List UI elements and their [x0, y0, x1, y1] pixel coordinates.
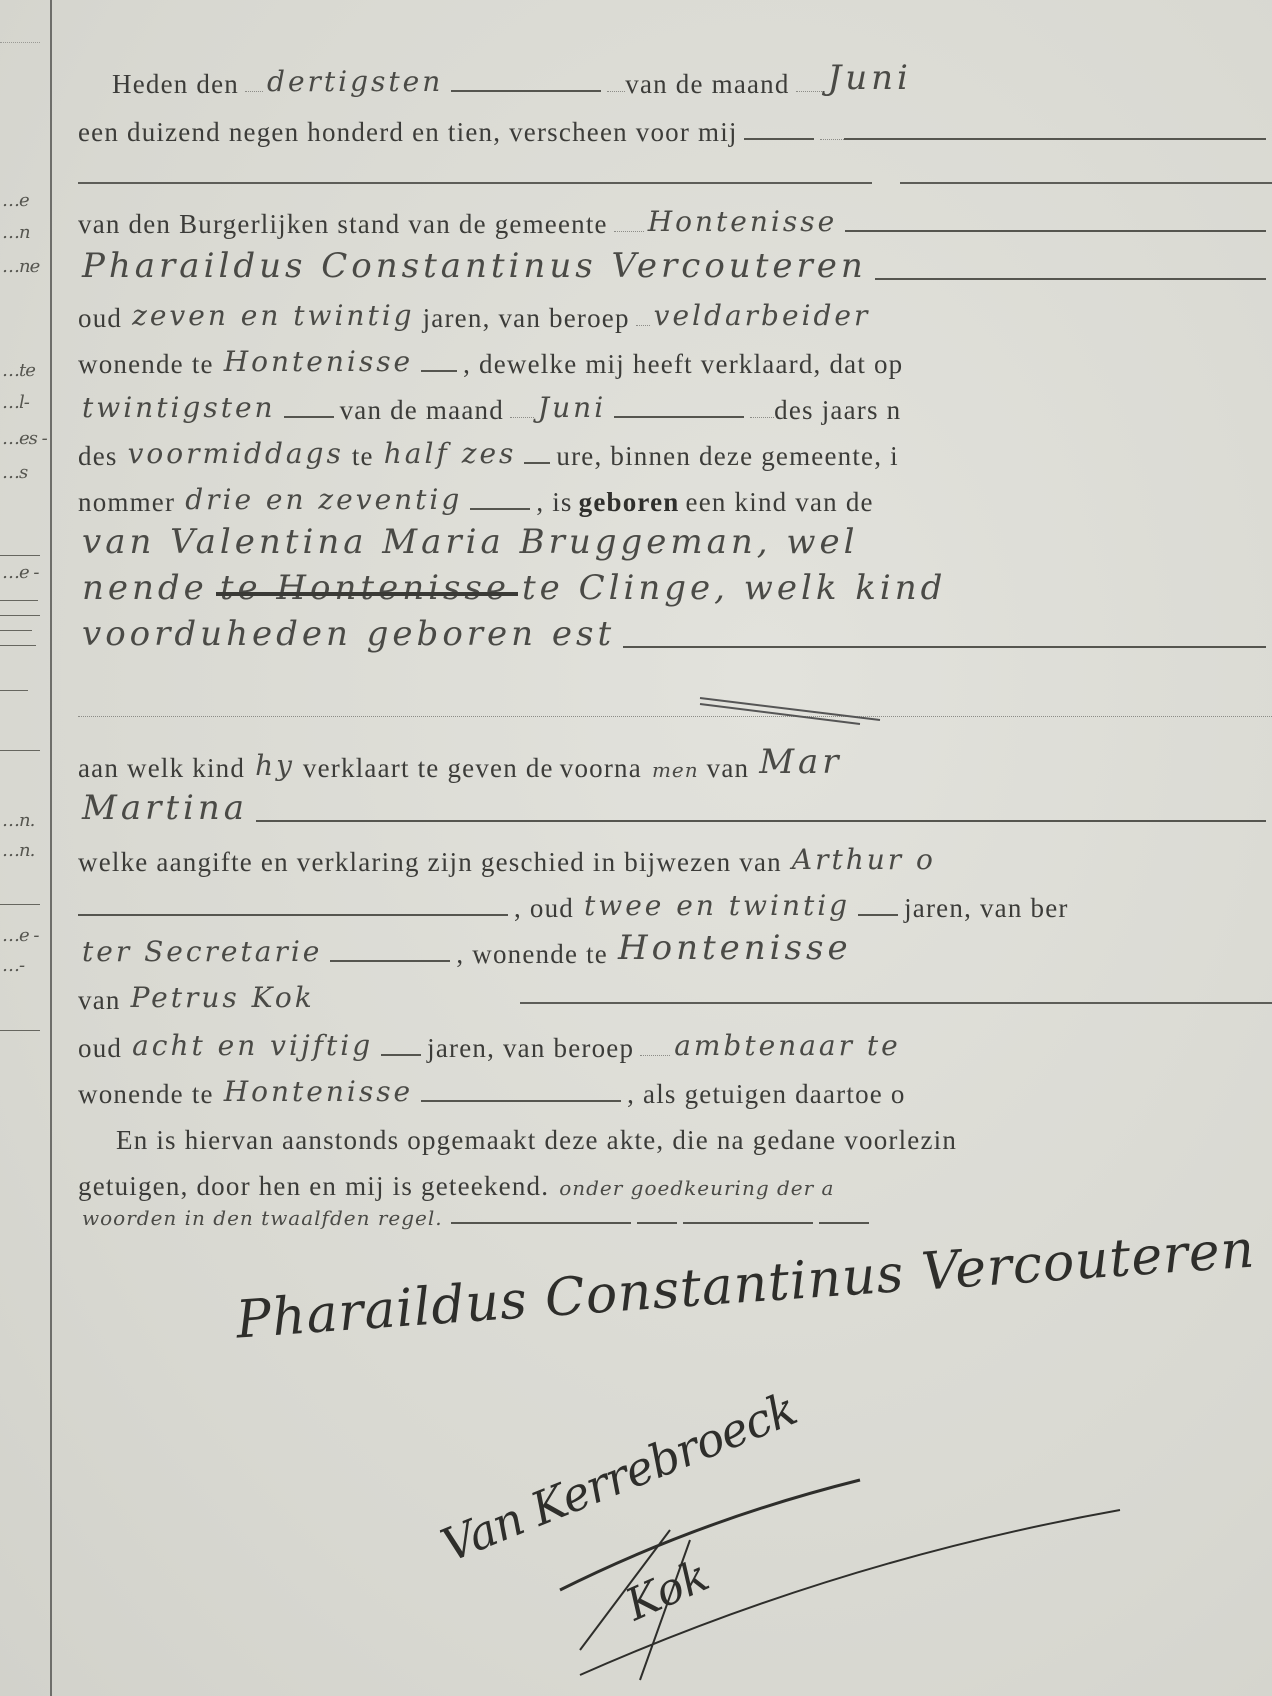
form-line-7: twintigsten van de maand Juni des jaars …: [78, 382, 1272, 428]
printed-text: wonende te: [78, 349, 220, 382]
filler-line: [844, 137, 1266, 140]
form-line-4: Pharaildus Constantinus Vercouteren: [78, 244, 1272, 290]
dotted-leader: [607, 90, 625, 92]
printed-text: jaren, van beroep: [423, 303, 636, 336]
handwritten-birth-day: twintigsten: [78, 391, 284, 428]
margin-note: …n.: [2, 810, 34, 831]
margin-note: …e -: [2, 925, 38, 946]
blank-rule: [900, 182, 1272, 184]
dotted-leader: [614, 230, 644, 232]
filler-line: [451, 89, 601, 92]
printed-text: een kind van de: [686, 487, 880, 520]
printed-text: van: [707, 753, 756, 786]
margin-rule-line: [0, 904, 40, 905]
filler-line: [819, 1221, 869, 1224]
vertical-margin-rule: [50, 0, 52, 1696]
handwritten-witness-1: Arthur o: [788, 843, 944, 880]
handwritten-struck-text: te Hontenisse: [216, 568, 518, 612]
form-line-11: nende te Hontenisse te Clinge, welk kind: [78, 566, 1272, 612]
handwritten-child-name: Martina: [78, 788, 256, 832]
form-line-2: een duizend negen honderd en tien, versc…: [78, 104, 1272, 150]
form-line-6: wonende te Hontenisse , dewelke mij heef…: [78, 336, 1272, 382]
handwritten-residence: Hontenisse: [614, 928, 860, 972]
margin-dotted-rule: [0, 42, 40, 43]
filler-line: [524, 461, 550, 464]
form-line-1: Heden den dertigsten van de maand Juni: [78, 56, 1272, 102]
printed-text: van de maand: [340, 395, 510, 428]
printed-text: , is: [536, 487, 578, 520]
dotted-blank-rule: [78, 716, 1272, 718]
form-line-21: En is hiervan aanstonds opgemaakt deze a…: [78, 1112, 1272, 1158]
printed-text: aan welk kind: [78, 753, 251, 786]
margin-rule-line: [0, 645, 36, 646]
printed-text: jaren, van beroep: [427, 1033, 640, 1066]
printed-text: Heden den: [78, 69, 245, 102]
filler-line: [256, 819, 1266, 822]
dotted-leader: [245, 90, 263, 92]
printed-text: , wonende te: [456, 939, 614, 972]
margin-note: …ne: [2, 256, 39, 277]
handwritten-child-name: Mar: [755, 742, 850, 786]
printed-text: voorna: [560, 753, 648, 786]
handwritten-birth-month: Juni: [534, 391, 614, 428]
filler-line: [78, 913, 508, 916]
printed-text: van den Burgerlijken stand van de gemeen…: [78, 209, 614, 242]
form-line-3: van den Burgerlijken stand van de gemeen…: [78, 196, 1272, 242]
filler-line: [330, 959, 450, 962]
handwritten-residence: Hontenisse: [220, 1075, 421, 1112]
margin-note: …n: [2, 222, 30, 243]
form-line-15: welke aangifte en verklaring zijn geschi…: [78, 834, 1272, 880]
dotted-leader: [510, 416, 534, 418]
dotted-leader: [640, 1054, 670, 1056]
form-line-23: woorden in den twaalfden regel.: [78, 1194, 1272, 1234]
margin-rule-line: [0, 615, 40, 616]
handwritten-hour: half zes: [380, 437, 525, 474]
signature-declarant: Pharaildus Constantinus Vercouteren: [234, 1219, 1257, 1350]
margin-note: …te: [2, 360, 35, 381]
margin-rule-line: [0, 1030, 40, 1031]
margin-note: …e -: [2, 562, 38, 583]
printed-text: des: [78, 441, 124, 474]
dotted-leader: [636, 324, 650, 326]
margin-note: …-: [2, 955, 24, 976]
filler-line: [623, 645, 1266, 648]
filler-line: [845, 229, 1266, 232]
printed-text: van: [78, 985, 127, 1018]
printed-text: wonende te: [78, 1079, 220, 1112]
signature-flourish: [540, 1500, 1140, 1696]
form-line-20: wonende te Hontenisse , als getuigen daa…: [78, 1066, 1272, 1112]
handwritten-declarant-name: Pharaildus Constantinus Vercouteren: [78, 246, 875, 290]
printed-text: nommer: [78, 487, 181, 520]
form-line-10: van Valentina Maria Bruggeman, wel: [78, 520, 1272, 566]
handwritten-text: men: [648, 758, 707, 786]
double-stroke-mark: [690, 690, 890, 730]
filler-line: [614, 415, 744, 418]
margin-rule-line: [0, 690, 28, 691]
margin-note: …e: [2, 190, 29, 211]
handwritten-house-number: drie en zeventig: [181, 483, 470, 520]
filler-line: [284, 415, 334, 418]
filler-line: [683, 1221, 813, 1224]
handwritten-occupation: veldarbeider: [650, 299, 879, 336]
filler-line: [875, 277, 1266, 280]
handwritten-month: Juni: [824, 58, 920, 102]
handwritten-occupation: ter Secretarie: [78, 935, 330, 972]
handwritten-municipality: Hontenisse: [644, 205, 845, 242]
margin-rule-line: [0, 555, 40, 556]
filler-line: [421, 369, 457, 372]
margin-note: …l-: [2, 392, 29, 413]
printed-text: oud: [78, 1033, 128, 1066]
filler-line: [381, 1053, 421, 1056]
printed-text: van de maand: [625, 69, 795, 102]
handwritten-mother-name: van Valentina Maria Bruggeman, wel: [78, 522, 867, 566]
form-line-16: , oud twee en twintig jaren, van ber: [78, 880, 1272, 926]
printed-text: een duizend negen honderd en tien, versc…: [78, 117, 744, 150]
printed-text: jaren, van ber: [904, 893, 1074, 926]
margin-rule-line: [0, 600, 38, 601]
handwritten-pronoun: hy: [251, 749, 303, 786]
form-line-12: voorduheden geboren est: [78, 612, 1272, 658]
handwritten-age: acht en vijftig: [128, 1029, 381, 1066]
form-line-17: ter Secretarie , wonende te Hontenisse: [78, 926, 1272, 972]
handwritten-approval-note: woorden in den twaalfden regel.: [78, 1206, 451, 1234]
printed-text: te: [352, 441, 380, 474]
form-line-8: des voormiddags te half zes ure, binnen …: [78, 428, 1272, 474]
dotted-leader: [750, 416, 774, 418]
filler-line: [858, 913, 898, 916]
filler-line: [451, 1221, 631, 1224]
handwritten-text: te Clinge, welk kind: [518, 568, 954, 612]
margin-note: …n.: [2, 840, 34, 861]
handwritten-time-of-day: voormiddags: [124, 437, 352, 474]
printed-text: ure, binnen deze gemeente, i: [556, 441, 904, 474]
printed-text: verklaart te geven de: [303, 753, 560, 786]
printed-text-bold: geboren: [579, 487, 686, 520]
handwritten-text: nende: [78, 568, 216, 612]
handwritten-text: voorduheden geboren est: [78, 614, 623, 658]
handwritten-occupation: ambtenaar te: [670, 1029, 909, 1066]
handwritten-witness-2: Petrus Kok: [127, 981, 323, 1018]
printed-text: , dewelke mij heeft verklaard, dat op: [463, 349, 909, 382]
handwritten-day: dertigsten: [263, 65, 451, 102]
filler-line: [421, 1099, 621, 1102]
margin-note: …es -: [2, 428, 47, 449]
form-line-9: nommer drie en zeventig , is geboren een…: [78, 474, 1272, 520]
dotted-leader: [820, 138, 844, 140]
filler-line: [470, 507, 530, 510]
printed-text: , oud: [514, 893, 580, 926]
dotted-leader: [796, 90, 824, 92]
printed-text: En is hiervan aanstonds opgemaakt deze a…: [78, 1125, 963, 1158]
printed-text: , als getuigen daartoe o: [627, 1079, 911, 1112]
margin-note: …s: [2, 462, 27, 483]
printed-text: welke aangifte en verklaring zijn geschi…: [78, 847, 788, 880]
printed-text: oud: [78, 303, 128, 336]
form-line-13: aan welk kind hy verklaart te geven de v…: [78, 740, 1272, 786]
margin-rule-line: [0, 630, 32, 631]
left-margin-annotations: …e …n …ne …te …l- …es - …s …e - …n. …n. …: [0, 0, 48, 1696]
printed-text: des jaars n: [774, 395, 907, 428]
form-line-18: van Petrus Kok: [78, 972, 1272, 1018]
blank-rule: [78, 182, 872, 184]
handwritten-age: zeven en twintig: [128, 299, 423, 336]
form-line-19: oud acht en vijftig jaren, van beroep am…: [78, 1020, 1272, 1066]
filler-line: [744, 137, 814, 140]
form-line-14: Martina: [78, 786, 1272, 832]
form-line-5: oud zeven en twintig jaren, van beroep v…: [78, 290, 1272, 336]
filler-line: [637, 1221, 677, 1224]
handwritten-residence: Hontenisse: [220, 345, 421, 382]
margin-rule-line: [0, 750, 40, 751]
handwritten-age: twee en twintig: [580, 889, 858, 926]
